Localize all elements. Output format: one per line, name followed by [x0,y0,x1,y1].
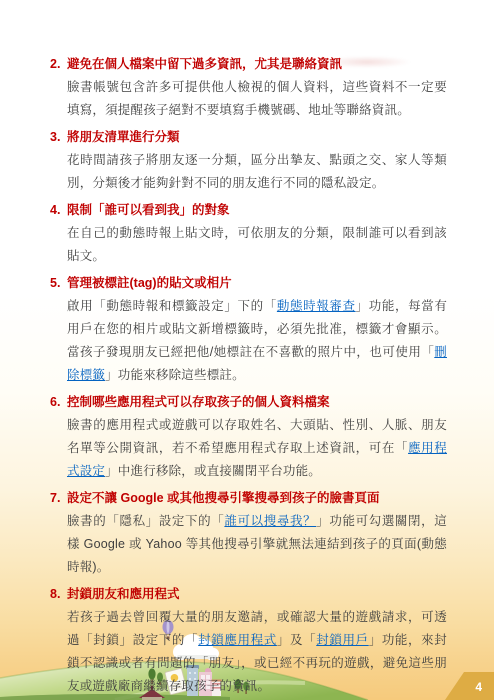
inline-link[interactable]: 封鎖應用程式 [198,633,277,647]
page-number-tab [445,672,494,700]
tip-number: 7. [50,487,60,510]
tip-number: 5. [50,272,60,295]
tip-heading: 避免在個人檔案中留下過多資訊，尤其是聯絡資訊 [67,53,447,76]
tip-heading: 管理被標註(tag)的貼文或相片 [67,272,447,295]
body-text: 臉書帳號包含許多可提供他人檢視的個人資料，這些資料不一定要填寫，須提醒孩子絕對不… [67,80,447,117]
list-item: 4.限制「誰可以看到我」的對象在自己的動態時報上貼文時，可依朋友的分類，限制誰可… [50,199,447,268]
page-number: 4 [475,681,482,693]
body-text: 」中進行移除，或直接關閉平台功能。 [105,464,321,478]
body-text: 花時間請孩子將朋友逐一分類，區分出摯友、點頭之交、家人等類別，分類後才能夠針對不… [67,153,447,190]
list-item: 2.避免在個人檔案中留下過多資訊，尤其是聯絡資訊臉書帳號包含許多可提供他人檢視的… [50,53,447,122]
tip-body: 臉書的「隱私」設定下的「誰可以搜尋我？」功能可勾選關閉，這樣 Google 或 … [67,510,447,579]
tip-number: 2. [50,53,60,76]
privacy-tips-list: 2.避免在個人檔案中留下過多資訊，尤其是聯絡資訊臉書帳號包含許多可提供他人檢視的… [50,53,447,700]
body-text: 臉書的「隱私」設定下的「 [67,514,224,528]
inline-link[interactable]: 動態時報審查 [277,299,356,313]
tip-body: 臉書帳號包含許多可提供他人檢視的個人資料，這些資料不一定要填寫，須提醒孩子絕對不… [67,76,447,122]
list-item: 7.設定不讓 Google 或其他搜尋引擎搜尋到孩子的臉書頁面臉書的「隱私」設定… [50,487,447,579]
inline-link[interactable]: 誰可以搜尋我？ [224,514,316,528]
list-item: 3.將朋友清單進行分類花時間請孩子將朋友逐一分類，區分出摯友、點頭之交、家人等類… [50,126,447,195]
tip-heading: 限制「誰可以看到我」的對象 [67,199,447,222]
body-text: 」及「 [277,633,316,647]
body-text: 」功能來移除這些標註。 [105,368,245,382]
list-item: 8.封鎖朋友和應用程式若孩子過去曾回覆大量的朋友邀請，或確認大量的遊戲請求，可透… [50,583,447,698]
body-text: 啟用「動態時報和標籤設定」下的「 [67,299,277,313]
document-page: 2.避免在個人檔案中留下過多資訊，尤其是聯絡資訊臉書帳號包含許多可提供他人檢視的… [0,0,494,700]
body-text: 在自己的動態時報上貼文時，可依朋友的分類，限制誰可以看到該貼文。 [67,226,447,263]
tip-number: 4. [50,199,60,222]
tip-number: 8. [50,583,60,606]
tip-body: 臉書的應用程式或遊戲可以存取姓名、大頭貼、性別、人脈、朋友名單等公開資訊，若不希… [67,414,447,483]
tip-heading: 將朋友清單進行分類 [67,126,447,149]
tip-number: 3. [50,126,60,149]
list-item: 5.管理被標註(tag)的貼文或相片啟用「動態時報和標籤設定」下的「動態時報審查… [50,272,447,387]
inline-link[interactable]: 封鎖用戶 [316,633,368,647]
tip-body: 花時間請孩子將朋友逐一分類，區分出摯友、點頭之交、家人等類別，分類後才能夠針對不… [67,149,447,195]
tip-heading: 封鎖朋友和應用程式 [67,583,447,606]
tip-number: 6. [50,391,60,414]
tip-heading: 設定不讓 Google 或其他搜尋引擎搜尋到孩子的臉書頁面 [67,487,447,510]
tip-body: 在自己的動態時報上貼文時，可依朋友的分類，限制誰可以看到該貼文。 [67,222,447,268]
list-item: 6.控制哪些應用程式可以存取孩子的個人資料檔案臉書的應用程式或遊戲可以存取姓名、… [50,391,447,483]
body-text: 臉書的應用程式或遊戲可以存取姓名、大頭貼、性別、人脈、朋友名單等公開資訊，若不希… [67,418,447,455]
tip-body: 啟用「動態時報和標籤設定」下的「動態時報審查」功能，每當有用戶在您的相片或貼文新… [67,295,447,387]
tip-heading: 控制哪些應用程式可以存取孩子的個人資料檔案 [67,391,447,414]
tip-body: 若孩子過去曾回覆大量的朋友邀請，或確認大量的遊戲請求，可透過「封鎖」設定下的「封… [67,606,447,698]
